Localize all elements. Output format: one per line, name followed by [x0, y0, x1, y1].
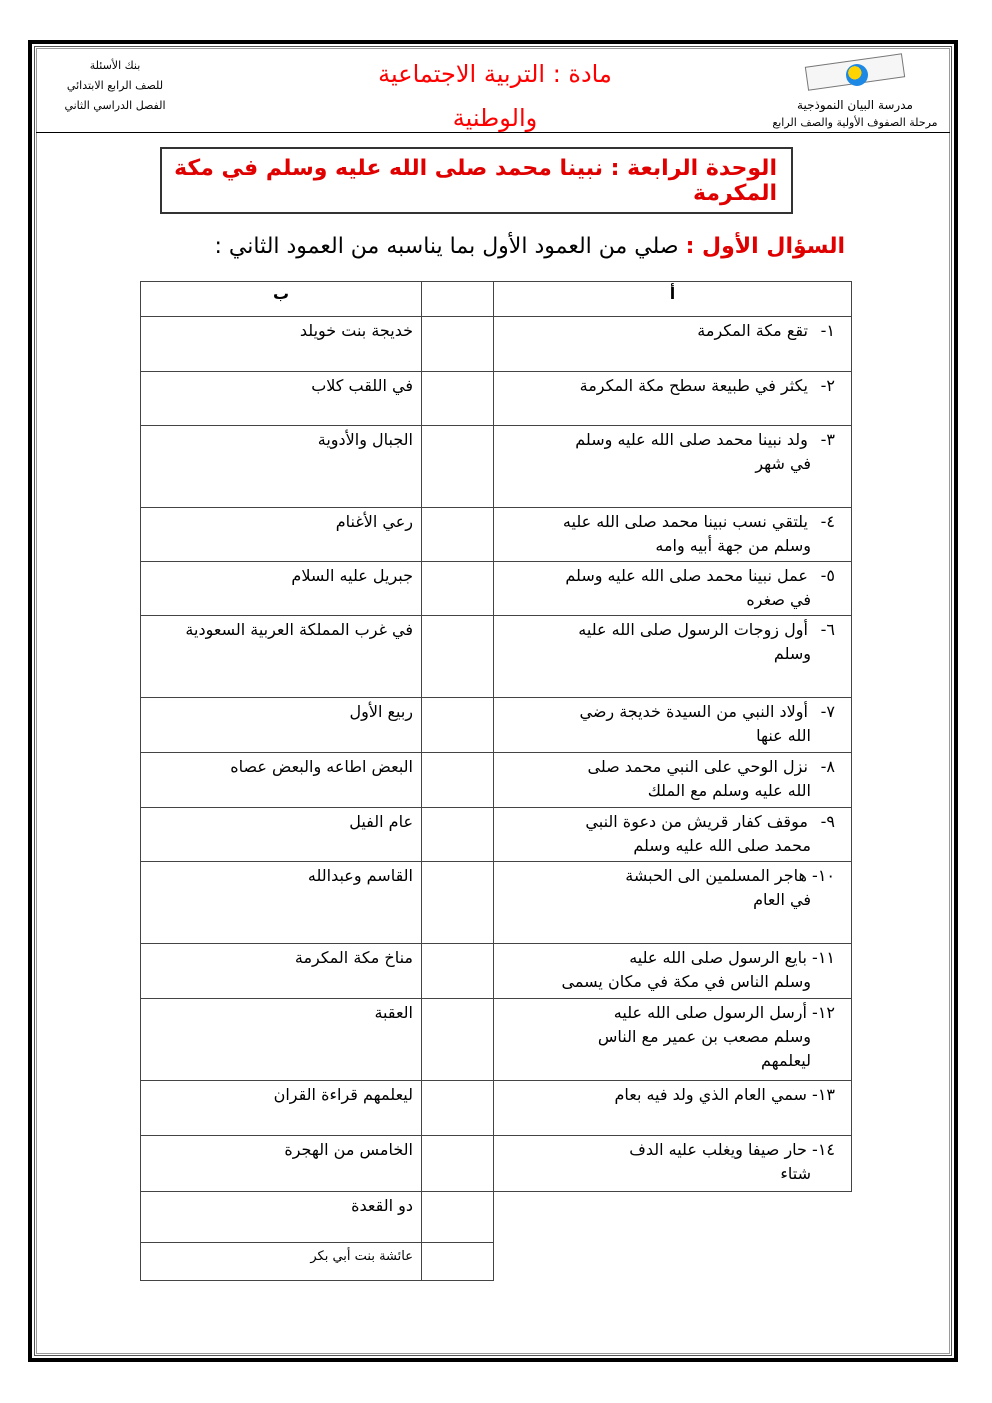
- unit-title-box: الوحدة الرابعة : نبينا محمد صلى الله علي…: [160, 147, 793, 214]
- column-b-cell: البعض اطاعه والبعض عصاه: [141, 753, 422, 808]
- answer-cell[interactable]: [422, 1136, 494, 1192]
- matching-table: أ ب ١- تقع مكة المكرمةخديجة بنت خويلد٢- …: [140, 281, 852, 1281]
- item-text-continued: في صغره: [500, 588, 835, 612]
- answer-cell[interactable]: [422, 698, 494, 753]
- column-b-cell: ربيع الأول: [141, 698, 422, 753]
- option-text: العقبة: [374, 1003, 413, 1022]
- option-text: خديجة بنت خويلد: [300, 321, 413, 340]
- table-row: ١٣- سمي العام الذي ولد فيه بعامليعلمهم ق…: [141, 1081, 852, 1136]
- item-text: حار صيفا ويغلب عليه الدف: [629, 1140, 807, 1159]
- item-text-continued: وسلم: [500, 642, 835, 666]
- item-number: ١٤-: [812, 1138, 835, 1162]
- question-label: السؤال الأول :: [686, 234, 845, 259]
- item-text: يكثر في طبيعة سطح مكة المكرمة: [580, 376, 808, 395]
- column-b-cell: في غرب المملكة العربية السعودية: [141, 616, 422, 698]
- table-row: ٣- ولد نبينا محمد صلى الله عليه وسلمفي ش…: [141, 426, 852, 508]
- table-row: ١١- بايع الرسول صلى الله عليهوسلم الناس …: [141, 944, 852, 999]
- column-a-cell: ٩- موقف كفار قريش من دعوة النبيمحمد صلى …: [494, 808, 852, 862]
- item-text-continued: محمد صلى الله عليه وسلم: [500, 834, 835, 858]
- column-b-cell: جبريل عليه السلام: [141, 562, 422, 616]
- item-number: ٤-: [813, 510, 835, 534]
- option-text: عام الفيل: [349, 812, 413, 831]
- item-text: أول زوجات الرسول صلى الله عليه: [578, 620, 808, 639]
- option-text: البعض اطاعه والبعض عصاه: [230, 757, 413, 776]
- answer-cell[interactable]: [422, 372, 494, 426]
- table-row: ١٤- حار صيفا ويغلب عليه الدفشتاءالخامس م…: [141, 1136, 852, 1192]
- item-number: ٢-: [813, 374, 835, 398]
- table-row: ٦- أول زوجات الرسول صلى الله عليهوسلمفي …: [141, 616, 852, 698]
- option-text: في غرب المملكة العربية السعودية: [185, 620, 413, 639]
- grade-label: للصف الرابع الابتدائي: [40, 76, 190, 96]
- unit-title: الوحدة الرابعة : نبينا محمد صلى الله علي…: [162, 156, 777, 206]
- question-instruction: السؤال الأول : صلي من العمود الأول بما ي…: [180, 228, 845, 266]
- column-a-cell: ١٣- سمي العام الذي ولد فيه بعام: [494, 1081, 852, 1136]
- table-row-extra: دو القعدة: [141, 1192, 852, 1243]
- answer-cell[interactable]: [422, 999, 494, 1081]
- option-text: الجبال والأدوية: [318, 430, 413, 449]
- option-text: ليعلمهم قراءة القران: [274, 1085, 413, 1104]
- option-text: الخامس من الهجرة: [284, 1140, 413, 1159]
- item-text: سمي العام الذي ولد فيه بعام: [614, 1085, 807, 1104]
- globe-icon: [846, 64, 868, 86]
- item-number: ٨-: [813, 755, 835, 779]
- answer-cell[interactable]: [422, 1243, 494, 1281]
- subject-title-line2: والوطنية: [300, 96, 690, 140]
- answer-cell[interactable]: [422, 1081, 494, 1136]
- option-text: في اللقب كلاب: [311, 376, 413, 395]
- column-a-cell: ٤- يلتقي نسب نبينا محمد صلى الله عليهوسل…: [494, 508, 852, 562]
- table-row: ١٢- أرسل الرسول صلى الله عليهوسلم مصعب ب…: [141, 999, 852, 1081]
- item-text: أولاد النبي من السيدة خديجة رضي: [579, 702, 807, 721]
- column-b-cell: القاسم وعبدالله: [141, 862, 422, 944]
- item-text-continued-2: ليعلمهم: [500, 1049, 835, 1073]
- item-text: ولد نبينا محمد صلى الله عليه وسلم: [575, 430, 808, 449]
- item-number: ٥-: [813, 564, 835, 588]
- column-b-cell: خديجة بنت خويلد: [141, 317, 422, 372]
- item-number: ٦-: [813, 618, 835, 642]
- table-header-row: أ ب: [141, 282, 852, 317]
- item-text: يلتقي نسب نبينا محمد صلى الله عليه: [563, 512, 808, 531]
- column-b-cell: عائشة بنت أبي بكر: [141, 1243, 422, 1281]
- answer-cell[interactable]: [422, 508, 494, 562]
- column-a-cell: ٣- ولد نبينا محمد صلى الله عليه وسلمفي ش…: [494, 426, 852, 508]
- column-a-cell: ١٢- أرسل الرسول صلى الله عليهوسلم مصعب ب…: [494, 999, 852, 1081]
- school-logo-icon: [800, 52, 910, 94]
- item-text-continued: في العام: [500, 888, 835, 912]
- item-text: أرسل الرسول صلى الله عليه: [614, 1003, 807, 1022]
- item-text: عمل نبينا محمد صلى الله عليه وسلم: [565, 566, 808, 585]
- item-text-continued: الله عليه وسلم مع الملك: [500, 779, 835, 803]
- table-row: ٤- يلتقي نسب نبينا محمد صلى الله عليهوسل…: [141, 508, 852, 562]
- table-row: ٩- موقف كفار قريش من دعوة النبيمحمد صلى …: [141, 808, 852, 862]
- column-b-header: ب: [141, 282, 422, 317]
- answer-cell[interactable]: [422, 944, 494, 999]
- table-row: ٢- يكثر في طبيعة سطح مكة المكرمةفي اللقب…: [141, 372, 852, 426]
- header-subject: مادة : التربية الاجتماعية والوطنية: [300, 52, 690, 140]
- column-a-cell: ١- تقع مكة المكرمة: [494, 317, 852, 372]
- item-text-continued: شتاء: [500, 1162, 835, 1186]
- answer-cell[interactable]: [422, 753, 494, 808]
- answer-cell[interactable]: [422, 562, 494, 616]
- item-number: ٩-: [813, 810, 835, 834]
- column-b-cell: رعي الأغنام: [141, 508, 422, 562]
- answer-cell[interactable]: [422, 616, 494, 698]
- table-row-extra: عائشة بنت أبي بكر: [141, 1243, 852, 1281]
- answer-cell[interactable]: [422, 317, 494, 372]
- table-row: ٨- نزل الوحي على النبي محمد صلىالله عليه…: [141, 753, 852, 808]
- item-number: ١٣-: [812, 1083, 835, 1107]
- empty-cell: [494, 1192, 852, 1243]
- column-b-cell: ليعلمهم قراءة القران: [141, 1081, 422, 1136]
- answer-column-header: [422, 282, 494, 317]
- school-stage: مرحلة الصفوف الأولية والصف الرابع: [750, 114, 960, 132]
- answer-cell[interactable]: [422, 808, 494, 862]
- column-b-cell: مناخ مكة المكرمة: [141, 944, 422, 999]
- item-number: ٣-: [813, 428, 835, 452]
- item-number: ١١-: [812, 946, 835, 970]
- answer-cell[interactable]: [422, 1192, 494, 1243]
- item-text: هاجر المسلمين الى الحبشة: [625, 866, 807, 885]
- item-text-continued: وسلم الناس في مكة في مكان يسمى: [500, 970, 835, 994]
- column-a-cell: ١١- بايع الرسول صلى الله عليهوسلم الناس …: [494, 944, 852, 999]
- column-b-cell: الخامس من الهجرة: [141, 1136, 422, 1192]
- column-a-cell: ٢- يكثر في طبيعة سطح مكة المكرمة: [494, 372, 852, 426]
- column-b-cell: في اللقب كلاب: [141, 372, 422, 426]
- option-text: مناخ مكة المكرمة: [295, 948, 413, 967]
- item-number: ١-: [813, 319, 835, 343]
- school-name: مدرسة البيان النموذجية: [750, 96, 960, 114]
- item-text: تقع مكة المكرمة: [697, 321, 808, 340]
- column-a-cell: ٨- نزل الوحي على النبي محمد صلىالله عليه…: [494, 753, 852, 808]
- question-text: صلي من العمود الأول بما يناسبه من العمود…: [214, 234, 685, 259]
- option-text: عائشة بنت أبي بكر: [310, 1249, 413, 1264]
- column-b-cell: العقبة: [141, 999, 422, 1081]
- column-a-cell: ١٤- حار صيفا ويغلب عليه الدفشتاء: [494, 1136, 852, 1192]
- subject-title-line1: مادة : التربية الاجتماعية: [300, 52, 690, 96]
- item-text: نزل الوحي على النبي محمد صلى: [588, 757, 808, 776]
- item-text-continued: في شهر: [500, 452, 835, 476]
- question-bank-label: بنك الأسئلة: [40, 56, 190, 76]
- answer-cell[interactable]: [422, 862, 494, 944]
- table-row: ١- تقع مكة المكرمةخديجة بنت خويلد: [141, 317, 852, 372]
- semester-label: الفصل الدراسي الثاني: [40, 96, 190, 116]
- table-row: ١٠- هاجر المسلمين الى الحبشةفي العامالقا…: [141, 862, 852, 944]
- item-text-continued: وسلم من جهة أبيه وامه: [500, 534, 835, 558]
- item-text-continued: وسلم مصعب بن عمير مع الناس: [500, 1025, 835, 1049]
- option-text: ربيع الأول: [349, 702, 413, 721]
- option-text: رعي الأغنام: [336, 512, 413, 531]
- item-text-continued: الله عنها: [500, 724, 835, 748]
- header-school-info: مدرسة البيان النموذجية مرحلة الصفوف الأو…: [750, 52, 960, 132]
- column-a-cell: ٧- أولاد النبي من السيدة خديجة رضيالله ع…: [494, 698, 852, 753]
- item-number: ١٠-: [812, 864, 835, 888]
- empty-cell: [494, 1243, 852, 1281]
- column-a-cell: ١٠- هاجر المسلمين الى الحبشةفي العام: [494, 862, 852, 944]
- option-text: جبريل عليه السلام: [291, 566, 413, 585]
- column-b-cell: عام الفيل: [141, 808, 422, 862]
- item-text: بايع الرسول صلى الله عليه: [629, 948, 807, 967]
- answer-cell[interactable]: [422, 426, 494, 508]
- option-text: دو القعدة: [351, 1196, 413, 1215]
- header-left-info: بنك الأسئلة للصف الرابع الابتدائي الفصل …: [40, 56, 190, 116]
- column-b-cell: دو القعدة: [141, 1192, 422, 1243]
- column-b-cell: الجبال والأدوية: [141, 426, 422, 508]
- option-text: القاسم وعبدالله: [308, 866, 413, 885]
- table-row: ٧- أولاد النبي من السيدة خديجة رضيالله ع…: [141, 698, 852, 753]
- column-a-cell: ٦- أول زوجات الرسول صلى الله عليهوسلم: [494, 616, 852, 698]
- item-number: ١٢-: [812, 1001, 835, 1025]
- table-row: ٥- عمل نبينا محمد صلى الله عليه وسلمفي ص…: [141, 562, 852, 616]
- item-text: موقف كفار قريش من دعوة النبي: [585, 812, 808, 831]
- column-a-cell: ٥- عمل نبينا محمد صلى الله عليه وسلمفي ص…: [494, 562, 852, 616]
- item-number: ٧-: [813, 700, 835, 724]
- column-a-header: أ: [494, 282, 852, 317]
